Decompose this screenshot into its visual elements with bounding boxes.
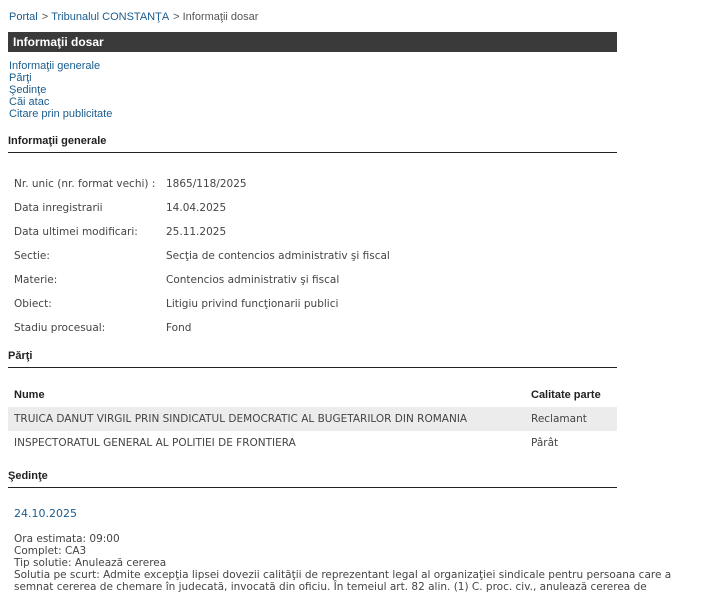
table-row: INSPECTORATUL GENERAL AL POLITIEI DE FRO… xyxy=(8,431,617,455)
info-value: Fond xyxy=(166,322,191,334)
info-label: Stadiu procesual: xyxy=(14,322,166,334)
info-label: Nr. unic (nr. format vechi) : xyxy=(14,178,166,190)
sedinta-details: Ora estimata: 09:00 Complet: CA3 Tip sol… xyxy=(14,533,614,593)
nav-link-citare-publicitate[interactable]: Citare prin publicitate xyxy=(9,108,112,120)
info-value: 1865/118/2025 xyxy=(166,178,247,190)
sedinta-solutie-line-2: semnat cererea de chemare în judecată, i… xyxy=(14,581,614,593)
info-label: Data ultimei modificari: xyxy=(14,226,166,238)
info-value: 14.04.2025 xyxy=(166,202,226,214)
info-row-obiect: Obiect: Litigiu privind funcţionarii pub… xyxy=(14,292,390,316)
sedinta-complet: Complet: CA3 xyxy=(14,545,614,557)
breadcrumb: Portal>Tribunalul CONSTANŢA>Informaţii d… xyxy=(9,11,258,23)
info-row-data-inregistrarii: Data inregistrarii 14.04.2025 xyxy=(14,196,390,220)
info-value: Litigiu privind funcţionarii publici xyxy=(166,298,338,310)
sedinta-item: 24.10.2025 Ora estimata: 09:00 Complet: … xyxy=(14,507,614,593)
sedinta-ora: Ora estimata: 09:00 xyxy=(14,533,614,545)
breadcrumb-current: Informaţii dosar xyxy=(183,11,259,23)
table-row: TRUICA DANUT VIRGIL PRIN SINDICATUL DEMO… xyxy=(8,407,617,431)
info-value: Contencios administrativ şi fiscal xyxy=(166,274,339,286)
column-header-calitate: Calitate parte xyxy=(531,389,601,401)
section-header-sedinte: Şedinţe xyxy=(8,470,617,488)
section-header-informatii-generale: Informaţii generale xyxy=(8,135,617,153)
party-role: Reclamant xyxy=(531,413,587,425)
info-value: Secţia de contencios administrativ şi fi… xyxy=(166,250,390,262)
column-header-nume: Nume xyxy=(8,389,531,401)
section-header-parti: Părţi xyxy=(8,350,617,368)
info-label: Materie: xyxy=(14,274,166,286)
party-role: Pârât xyxy=(531,437,558,449)
info-row-stadiu-procesual: Stadiu procesual: Fond xyxy=(14,316,390,340)
info-label: Sectie: xyxy=(14,250,166,262)
info-value: 25.11.2025 xyxy=(166,226,226,238)
nav-link-sedinte[interactable]: Şedinţe xyxy=(9,84,112,96)
breadcrumb-separator: > xyxy=(173,11,179,23)
info-row-data-ultimei-modificari: Data ultimei modificari: 25.11.2025 xyxy=(14,220,390,244)
party-name: TRUICA DANUT VIRGIL PRIN SINDICATUL DEMO… xyxy=(8,413,531,425)
info-label: Obiect: xyxy=(14,298,166,310)
nav-link-cai-atac[interactable]: Căi atac xyxy=(9,96,112,108)
party-name: INSPECTORATUL GENERAL AL POLITIEI DE FRO… xyxy=(8,437,531,449)
sedinta-tip-solutie: Tip solutie: Anulează cererea xyxy=(14,557,614,569)
info-row-nr-unic: Nr. unic (nr. format vechi) : 1865/118/2… xyxy=(14,172,390,196)
sedinta-solutie-line-1: Solutia pe scurt: Admite excepţia lipsei… xyxy=(14,569,614,581)
nav-link-informatii-generale[interactable]: Informaţii generale xyxy=(9,60,112,72)
table-header-row: Nume Calitate parte xyxy=(8,383,617,407)
info-row-sectie: Sectie: Secţia de contencios administrat… xyxy=(14,244,390,268)
page-title: Informaţii dosar xyxy=(8,32,617,52)
section-nav: Informaţii generale Părţi Şedinţe Căi at… xyxy=(9,60,112,120)
info-generale-table: Nr. unic (nr. format vechi) : 1865/118/2… xyxy=(14,172,390,340)
breadcrumb-portal-link[interactable]: Portal xyxy=(9,11,38,23)
breadcrumb-tribunal-link[interactable]: Tribunalul CONSTANŢA xyxy=(51,11,169,23)
parti-table: Nume Calitate parte TRUICA DANUT VIRGIL … xyxy=(8,383,617,455)
info-row-materie: Materie: Contencios administrativ şi fis… xyxy=(14,268,390,292)
breadcrumb-separator: > xyxy=(42,11,48,23)
sedinta-date-link[interactable]: 24.10.2025 xyxy=(14,507,77,520)
info-label: Data inregistrarii xyxy=(14,202,166,214)
nav-link-parti[interactable]: Părţi xyxy=(9,72,112,84)
